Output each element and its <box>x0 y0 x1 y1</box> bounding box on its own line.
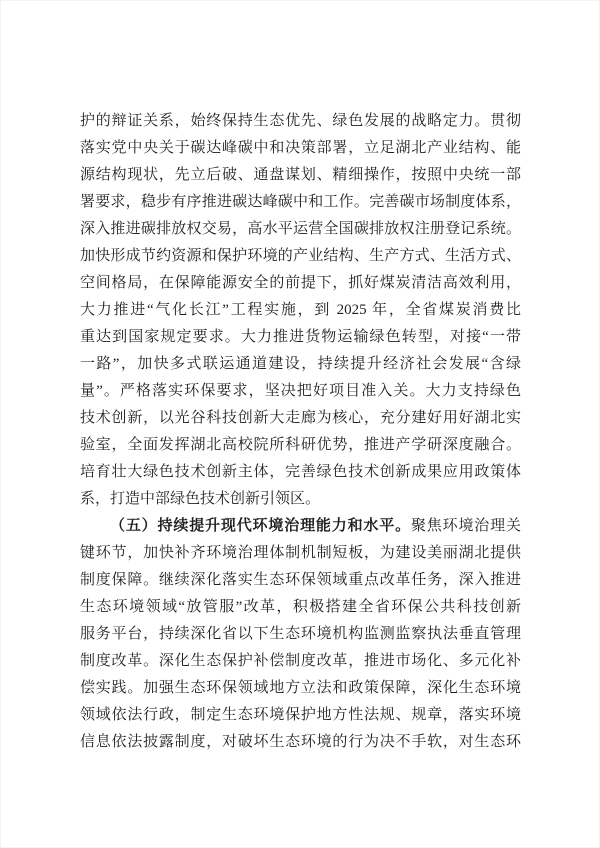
text-line: 验室，全面发挥湖北高校院所科研优势，推进产学研深度融合。 <box>80 432 521 459</box>
text-segment: 重达到国家规定要求。大力推进货物运输绿色转型，对接“一带 <box>80 329 521 345</box>
text-segment: 制度保障。继续深化落实生态环保领域重点改革任务，深入推进 <box>80 572 521 588</box>
text-line: 空间格局，在保障能源安全的前提下，抓好煤炭清洁高效利用， <box>80 270 521 297</box>
text-segment: 落实党中央关于碳达峰碳中和决策部署，立足湖北产业结构、能 <box>80 140 521 156</box>
text-segment: 大力推进“气化长江”工程实施，到 2025 年，全省煤炭消费比 <box>80 302 521 318</box>
text-segment: 深入推进碳排放权交易，高水平运营全国碳排放权注册登记系统。 <box>80 221 521 237</box>
text-line: 制度保障。继续深化落实生态环保领域重点改革任务，深入推进 <box>80 567 521 594</box>
text-segment: 加快形成节约资源和保护环境的产业结构、生产方式、生活方式、 <box>80 248 521 264</box>
text-line: 系，打造中部绿色技术创新引领区。 <box>80 486 521 513</box>
text-line: 重达到国家规定要求。大力推进货物运输绿色转型，对接“一带 <box>80 324 521 351</box>
text-line: 技术创新，以光谷科技创新大走廊为核心，充分建好用好湖北实 <box>80 405 521 432</box>
text-segment: 领域依法行政，制定生态环境保护地方性法规、规章，落实环境 <box>80 707 521 723</box>
document-page: 护的辩证关系，始终保持生态优先、绿色发展的战略定力。贯彻落实党中央关于碳达峰碳中… <box>0 0 600 848</box>
text-line: 生态环境领域“放管服”改革，积极搭建全省环保公共科技创新 <box>80 594 521 621</box>
text-segment: 键环节，加快补齐环境治理体制机制短板，为建设美丽湖北提供 <box>80 545 521 561</box>
text-line: 深入推进碳排放权交易，高水平运营全国碳排放权注册登记系统。 <box>80 216 521 243</box>
text-segment: 空间格局，在保障能源安全的前提下，抓好煤炭清洁高效利用， <box>80 275 521 291</box>
text-segment: 量”。严格落实环保要求，坚决把好项目准入关。大力支持绿色 <box>80 383 521 399</box>
text-segment: 制度改革。深化生态保护补偿制度改革，推进市场化、多元化补 <box>80 653 521 669</box>
text-line: 信息依法披露制度，对破坏生态环境的行为决不手软，对生态环 <box>80 729 521 756</box>
text-segment: 验室，全面发挥湖北高校院所科研优势，推进产学研深度融合。 <box>80 437 521 453</box>
text-segment: 生态环境领域“放管服”改革，积极搭建全省环保公共科技创新 <box>80 599 521 615</box>
text-segment: 系，打造中部绿色技术创新引领区。 <box>80 491 320 507</box>
document-body: 护的辩证关系，始终保持生态优先、绿色发展的战略定力。贯彻落实党中央关于碳达峰碳中… <box>80 108 521 756</box>
text-line: 制度改革。深化生态保护补偿制度改革，推进市场化、多元化补 <box>80 648 521 675</box>
text-segment: 源结构现状，先立后破、通盘谋划、精细操作，按照中央统一部 <box>80 167 521 183</box>
text-segment: 护的辩证关系，始终保持生态优先、绿色发展的战略定力。贯彻 <box>80 113 521 129</box>
text-line: 落实党中央关于碳达峰碳中和决策部署，立足湖北产业结构、能 <box>80 135 521 162</box>
text-segment: 信息依法披露制度，对破坏生态环境的行为决不手软，对生态环 <box>80 734 521 750</box>
text-line: 键环节，加快补齐环境治理体制机制短板，为建设美丽湖北提供 <box>80 540 521 567</box>
text-line: 大力推进“气化长江”工程实施，到 2025 年，全省煤炭消费比 <box>80 297 521 324</box>
text-line: 源结构现状，先立后破、通盘谋划、精细操作，按照中央统一部 <box>80 162 521 189</box>
text-segment: 培育壮大绿色技术创新主体，完善绿色技术创新成果应用政策体 <box>80 464 521 480</box>
text-line: 服务平台，持续深化省以下生态环境机构监测监察执法垂直管理 <box>80 621 521 648</box>
text-line: 加快形成节约资源和保护环境的产业结构、生产方式、生活方式、 <box>80 243 521 270</box>
text-segment: 技术创新，以光谷科技创新大走廊为核心，充分建好用好湖北实 <box>80 410 521 426</box>
section-heading: （五）持续提升现代环境治理能力和水平。 <box>110 518 411 534</box>
text-line: 培育壮大绿色技术创新主体，完善绿色技术创新成果应用政策体 <box>80 459 521 486</box>
text-line: 护的辩证关系，始终保持生态优先、绿色发展的战略定力。贯彻 <box>80 108 521 135</box>
text-line: 领域依法行政，制定生态环境保护地方性法规、规章，落实环境 <box>80 702 521 729</box>
text-line: 署要求，稳步有序推进碳达峰碳中和工作。完善碳市场制度体系， <box>80 189 521 216</box>
text-segment: 署要求，稳步有序推进碳达峰碳中和工作。完善碳市场制度体系， <box>80 194 521 210</box>
text-segment: 一路”，加快多式联运通道建设，持续提升经济社会发展“含绿 <box>80 356 521 372</box>
text-segment: 偿实践。加强生态环保领域地方立法和政策保障，深化生态环境 <box>80 680 521 696</box>
text-segment: 服务平台，持续深化省以下生态环境机构监测监察执法垂直管理 <box>80 626 521 642</box>
text-line: 偿实践。加强生态环保领域地方立法和政策保障，深化生态环境 <box>80 675 521 702</box>
text-segment: 聚焦环境治理关 <box>411 518 521 534</box>
text-line: 一路”，加快多式联运通道建设，持续提升经济社会发展“含绿 <box>80 351 521 378</box>
text-line: （五）持续提升现代环境治理能力和水平。聚焦环境治理关 <box>80 513 521 540</box>
text-line: 量”。严格落实环保要求，坚决把好项目准入关。大力支持绿色 <box>80 378 521 405</box>
